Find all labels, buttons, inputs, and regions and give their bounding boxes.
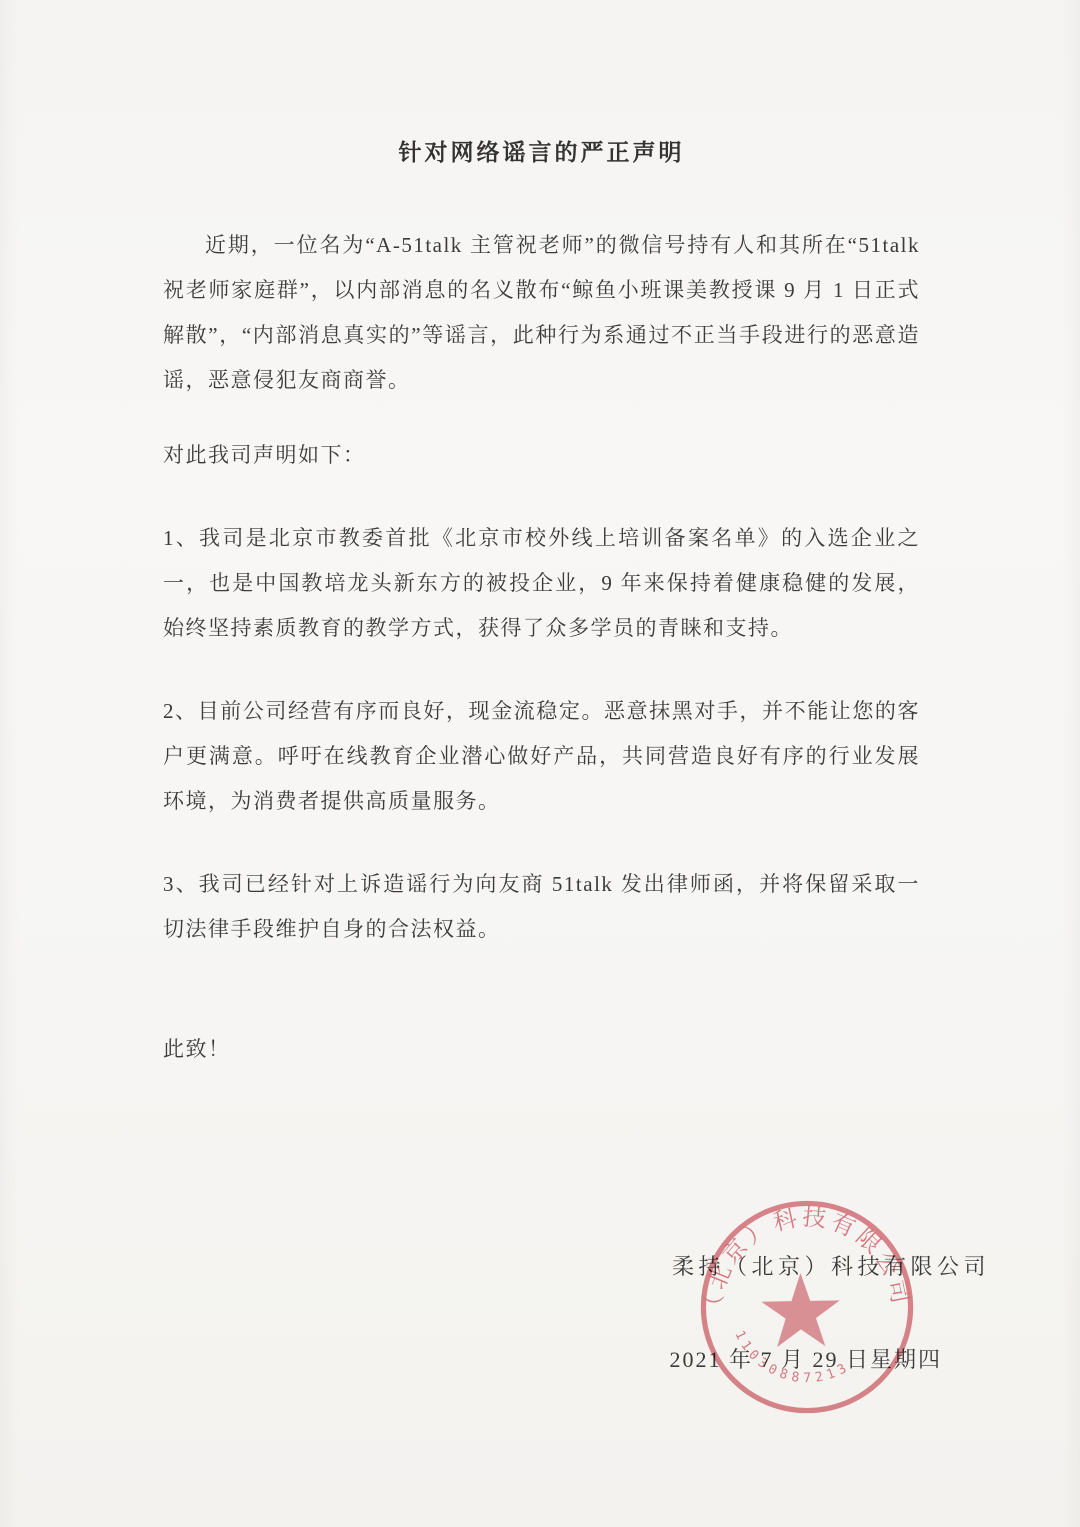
signature-block: 柔持（北京）科技有限公司 2021 年 7 月 29 日星期四 bbox=[163, 1247, 920, 1380]
statement-item-1: 1、我司是北京市教委首批《北京市校外线上培训备案名单》的入选企业之一，也是中国教… bbox=[163, 516, 920, 651]
statement-item-2: 2、目前公司经营有序而良好，现金流稳定。恶意抹黑对手，并不能让您的客户更满意。呼… bbox=[163, 689, 920, 824]
intro-paragraph: 近期，一位名为“A-51talk 主管祝老师”的微信号持有人和其所在“51tal… bbox=[163, 223, 920, 403]
signature-company-name: 柔持（北京）科技有限公司 bbox=[163, 1247, 990, 1287]
signature-date: 2021 年 7 月 29 日星期四 bbox=[163, 1340, 942, 1380]
document-title: 针对网络谣言的严正声明 bbox=[163, 138, 920, 168]
scanned-statement-page: 针对网络谣言的严正声明 近期，一位名为“A-51talk 主管祝老师”的微信号持… bbox=[0, 0, 1080, 1527]
lead-in-line: 对此我司声明如下： bbox=[163, 433, 920, 478]
closing-line: 此致！ bbox=[163, 1027, 920, 1072]
statement-item-3: 3、我司已经针对上诉造谣行为向友商 51talk 发出律师函，并将保留采取一切法… bbox=[163, 862, 920, 952]
